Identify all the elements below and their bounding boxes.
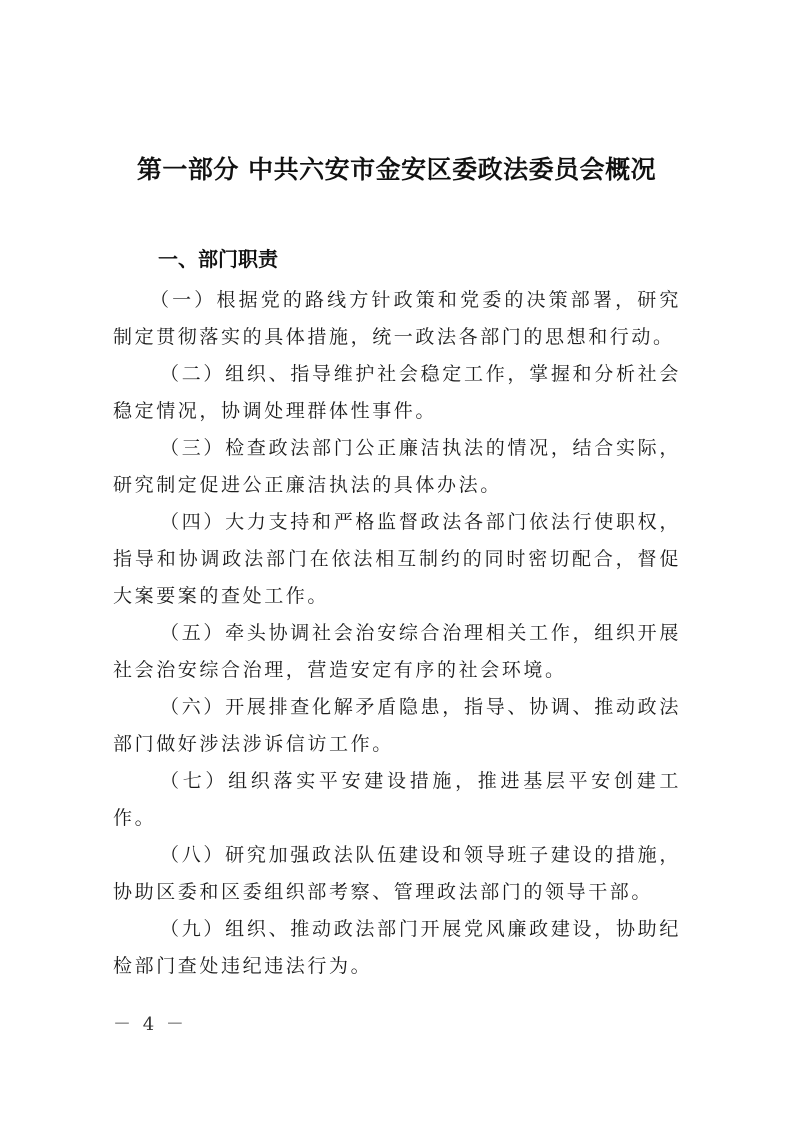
section-heading: 一、部门职责: [158, 243, 278, 272]
duty-paragraph-2: （二）组织、指导维护社会稳定工作，掌握和分析社会稳定情况，协调处理群体性事件。: [113, 356, 681, 430]
page-title: 第一部分 中共六安市金安区委政法委员会概况: [0, 150, 793, 186]
duty-paragraph-6: （六）开展排查化解矛盾隐患，指导、协调、推动政法部门做好涉法涉诉信访工作。: [113, 689, 681, 763]
duty-paragraph-7: （七）组织落实平安建设措施，推进基层平安创建工作。: [113, 763, 681, 837]
duty-paragraph-3: （三）检查政法部门公正廉洁执法的情况，结合实际，研究制定促进公正廉洁执法的具体办…: [113, 430, 681, 504]
duty-paragraph-9: （九）组织、推动政法部门开展党风廉政建设，协助纪检部门查处违纪违法行为。: [113, 911, 681, 985]
duty-paragraph-5: （五）牵头协调社会治安综合治理相关工作，组织开展社会治安综合治理，营造安定有序的…: [113, 615, 681, 689]
duty-paragraph-8: （八）研究加强政法队伍建设和领导班子建设的措施，协助区委和区委组织部考察、管理政…: [113, 837, 681, 911]
duty-paragraph-1: （一）根据党的路线方针政策和党委的决策部署，研究制定贯彻落实的具体措施，统一政法…: [113, 282, 681, 356]
duty-paragraph-4: （四）大力支持和严格监督政法各部门依法行使职权，指导和协调政法部门在依法相互制约…: [113, 504, 681, 615]
page-number: － 4 －: [113, 1010, 187, 1036]
document-body: （一）根据党的路线方针政策和党委的决策部署，研究制定贯彻落实的具体措施，统一政法…: [113, 282, 681, 985]
